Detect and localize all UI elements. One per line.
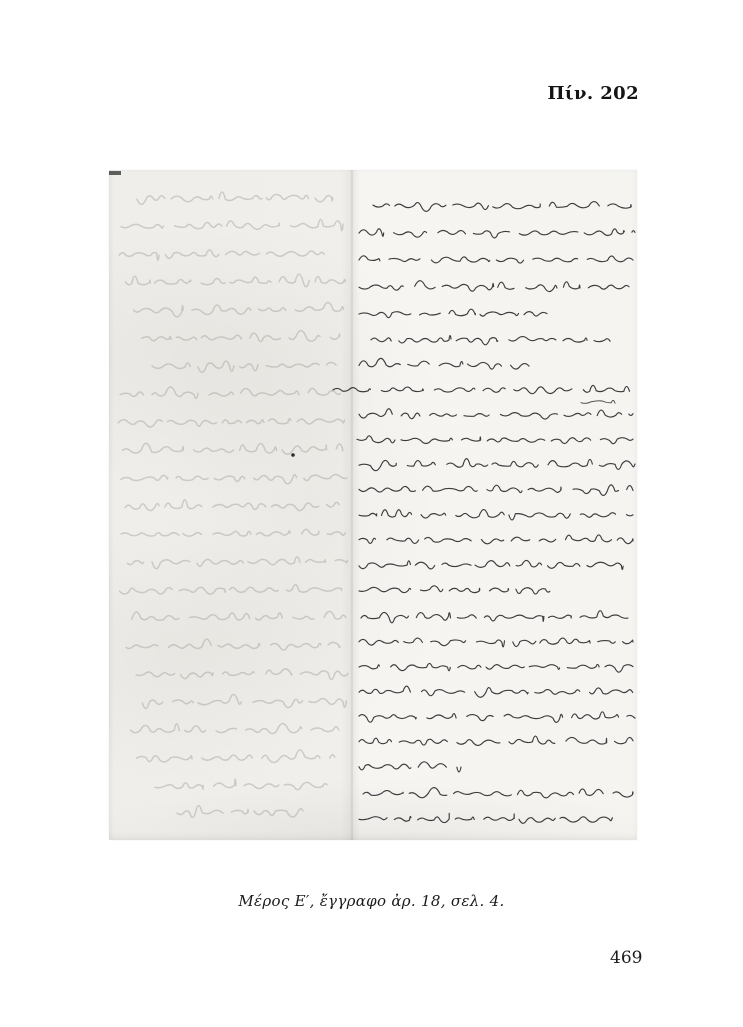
page-number: 469 (610, 948, 642, 968)
interlinear-note (581, 400, 615, 403)
main-handwriting (333, 202, 635, 824)
ink-dot (291, 453, 295, 457)
manuscript-handwriting-rendering (109, 170, 637, 840)
plate-label: Πίν. 202 (547, 83, 639, 104)
corner-mark (109, 171, 121, 175)
bleed-through-handwriting (117, 191, 349, 818)
manuscript-photo (109, 170, 637, 840)
figure-caption: Μέρος Ε′, ἔγγραφο ἀρ. 18, σελ. 4. (0, 892, 743, 910)
